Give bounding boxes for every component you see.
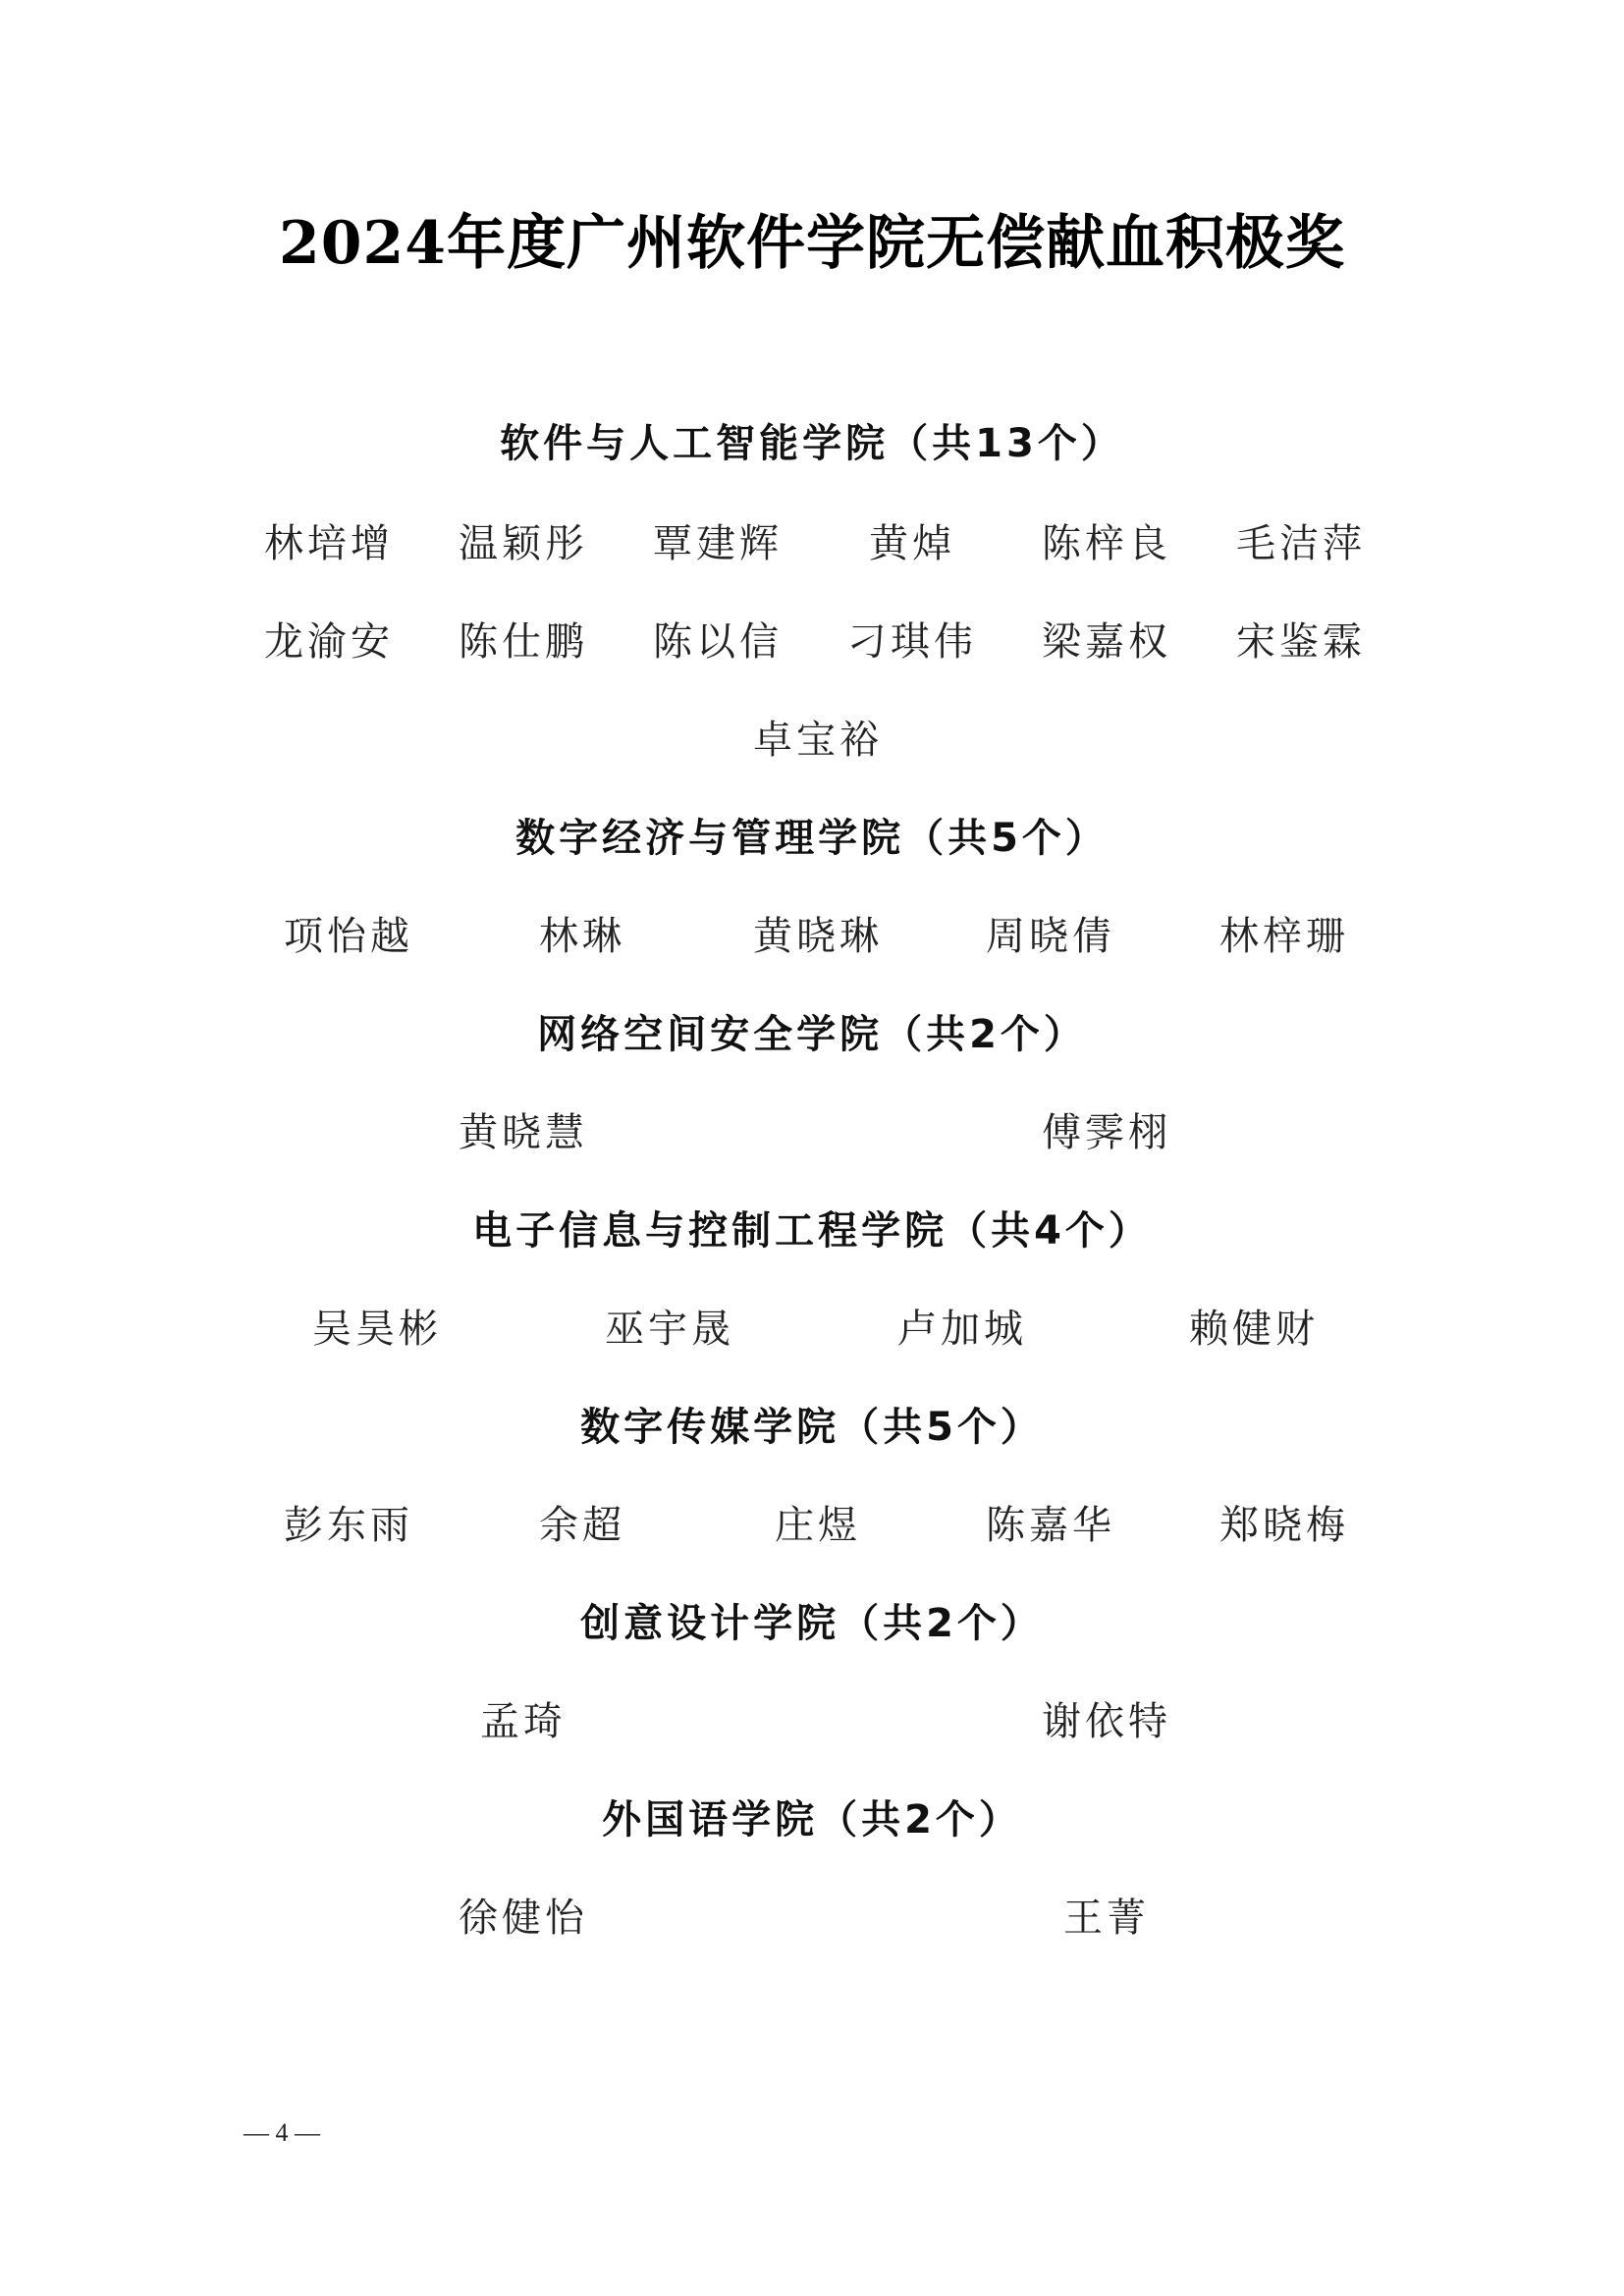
awardee-name: 谢依特 (1042, 1690, 1171, 1746)
section-heading-digital-economy: 数字经济与管理学院（共5个） (0, 807, 1624, 863)
awardee-name: 梁嘉权 (1042, 611, 1171, 667)
awardee-name: 项怡越 (284, 905, 413, 961)
awardee-name: 傅霁栩 (1042, 1101, 1171, 1157)
awardee-name: 林梓珊 (1219, 905, 1349, 961)
awardee-name: 毛洁萍 (1236, 512, 1366, 568)
awardee-name: 覃建辉 (653, 512, 783, 568)
awardee-name: 龙渝安 (264, 611, 394, 667)
section-heading-foreign-languages: 外国语学院（共2个） (0, 1789, 1624, 1844)
awardee-name: 陈以信 (653, 611, 783, 667)
awardee-name: 林培增 (264, 512, 394, 568)
section-heading-cyberspace-security: 网络空间安全学院（共2个） (0, 1003, 1624, 1059)
awardee-name: 孟琦 (480, 1690, 567, 1746)
page-number: — 4 — (244, 2118, 320, 2148)
awardee-name: 余超 (539, 1494, 625, 1550)
awardee-name: 温颖彤 (459, 512, 588, 568)
awardee-name: 彭东雨 (284, 1494, 413, 1550)
awardee-name: 王菁 (1063, 1887, 1150, 1943)
awardee-name: 黄焯 (869, 512, 955, 568)
awardee-name: 周晓倩 (986, 905, 1115, 961)
awardee-name: 陈嘉华 (986, 1494, 1115, 1550)
awardee-name: 赖健财 (1189, 1298, 1319, 1354)
awardee-name: 黄晓慧 (459, 1101, 588, 1157)
awardee-name: 林琳 (539, 905, 625, 961)
awardee-name: 陈梓良 (1042, 512, 1171, 568)
section-heading-digital-media: 数字传媒学院（共5个） (0, 1396, 1624, 1452)
section-heading-electronic-info: 电子信息与控制工程学院（共4个） (0, 1200, 1624, 1255)
section-heading-creative-design: 创意设计学院（共2个） (0, 1592, 1624, 1648)
awardee-name: 黄晓琳 (753, 905, 883, 961)
awardee-name: 徐健怡 (459, 1887, 588, 1943)
awardee-name: 刁琪伟 (847, 611, 977, 667)
awardee-name: 吴昊彬 (312, 1298, 442, 1354)
document-title: 2024年度广州软件学院无偿献血积极奖 (0, 196, 1624, 281)
awardee-name: 宋鉴霖 (1236, 611, 1366, 667)
awardee-name: 郑晓梅 (1219, 1494, 1349, 1550)
awardee-name: 陈仕鹏 (459, 611, 588, 667)
awardee-name: 卢加城 (897, 1298, 1027, 1354)
awardee-name: 巫宇晟 (605, 1298, 734, 1354)
section-heading-software-ai: 软件与人工智能学院（共13个） (0, 412, 1624, 468)
awardee-name: 卓宝裕 (753, 709, 883, 765)
awardee-name: 庄煜 (775, 1494, 861, 1550)
